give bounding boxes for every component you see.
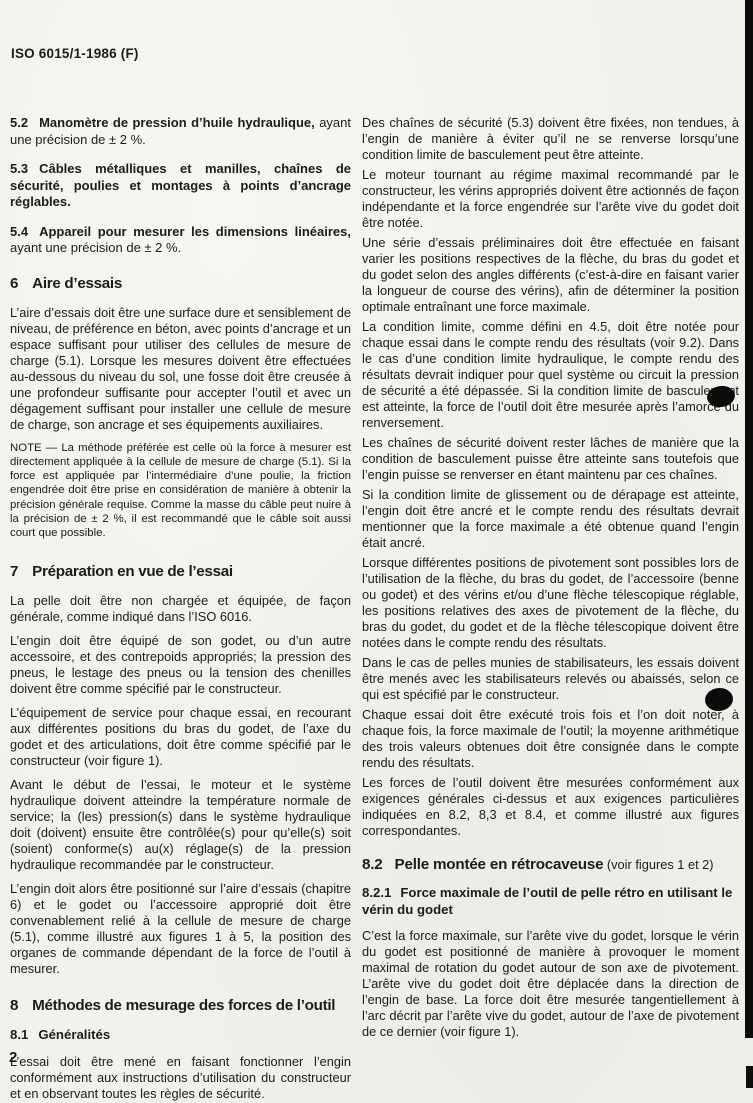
paragraph: La condition limite, comme défini en 4.5…: [362, 319, 739, 431]
right-column: Des chaînes de sécurité (5.3) doivent êt…: [362, 115, 739, 1103]
clause-5-2: 5.2Manomètre de pression d’huile hydraul…: [10, 115, 351, 148]
paragraph: Les forces de l’outil doivent être mesur…: [362, 775, 739, 839]
two-column-body: 5.2Manomètre de pression d’huile hydraul…: [10, 115, 739, 1103]
clause-number: 5.4: [10, 224, 28, 239]
section-title: Méthodes de mesurage des forces de l’out…: [32, 997, 335, 1014]
scan-edge-bar-artifact: [745, 0, 753, 1038]
section-title: Généralités: [38, 1027, 110, 1042]
section-number: 6: [10, 275, 18, 292]
paragraph: L’équipement de service pour chaque essa…: [10, 705, 351, 769]
section-number: 8.1: [10, 1027, 28, 1042]
paragraph: Avant le début de l’essai, le moteur et …: [10, 777, 351, 873]
section-8-1-heading: 8.1Généralités: [10, 1027, 351, 1042]
section-number: 8.2.1: [362, 885, 391, 900]
paragraph: Le moteur tournant au régime maximal rec…: [362, 167, 739, 231]
clause-rest-text: ayant une précision de ± 2 %.: [10, 240, 181, 255]
section-title: Force maximale de l’outil de pelle rétro…: [362, 885, 732, 917]
page-number: 2: [9, 1049, 17, 1066]
paragraph: Des chaînes de sécurité (5.3) doivent êt…: [362, 115, 739, 163]
paragraph: Lorsque différentes positions de pivotem…: [362, 555, 739, 651]
left-column: 5.2Manomètre de pression d’huile hydraul…: [10, 115, 351, 1103]
paragraph: C’est la force maximale, sur l’arête viv…: [362, 928, 739, 1040]
clause-bold-text: Manomètre de pression d’huile hydrauliqu…: [39, 115, 315, 130]
section-8-2-heading: 8.2Pelle montée en rétrocaveuse (voir fi…: [362, 856, 739, 873]
paragraph: L’engin doit alors être positionné sur l…: [10, 881, 351, 977]
clause-bold-text: Appareil pour mesurer les dimensions lin…: [39, 224, 351, 239]
section-title: Préparation en vue de l’essai: [32, 563, 233, 580]
section-number: 8: [10, 997, 18, 1014]
paragraph: Une série d’essais préliminaires doit êt…: [362, 235, 739, 315]
paragraph: La pelle doit être non chargée et équipé…: [10, 593, 351, 625]
clause-number: 5.2: [10, 115, 28, 130]
paragraph: Chaque essai doit être exécuté trois foi…: [362, 707, 739, 771]
paragraph: Si la condition limite de glissement ou …: [362, 487, 739, 551]
document-reference-header: ISO 6015/1-1986 (F): [11, 46, 139, 61]
paragraph: Les chaînes de sécurité doivent rester l…: [362, 435, 739, 483]
paragraph: Dans le cas de pelles munies de stabilis…: [362, 655, 739, 703]
section-7-heading: 7Préparation en vue de l’essai: [10, 563, 351, 580]
section-title-suffix: (voir figures 1 et 2): [603, 857, 713, 872]
section-8-heading: 8Méthodes de mesurage des forces de l’ou…: [10, 997, 351, 1014]
section-number: 8.2: [362, 856, 383, 873]
section-title: Pelle montée en rétrocaveuse: [395, 856, 604, 873]
paragraph: L’engin doit être équipé de son godet, o…: [10, 633, 351, 697]
clause-5-4: 5.4Appareil pour mesurer les dimensions …: [10, 224, 351, 257]
scan-edge-bar-fragment-artifact: [746, 1066, 753, 1088]
section-8-2-1-heading: 8.2.1Force maximale de l’outil de pelle …: [362, 885, 739, 918]
section-title: Aire d’essais: [32, 275, 122, 292]
section-6-heading: 6Aire d’essais: [10, 275, 351, 292]
note-paragraph: NOTE — La méthode préférée est celle où …: [10, 441, 351, 541]
paragraph: L’aire d’essais doit être une surface du…: [10, 305, 351, 433]
clause-5-3: 5.3Câbles métalliques et manilles, chaîn…: [10, 161, 351, 211]
section-number: 7: [10, 563, 18, 580]
clause-bold-text: Câbles métalliques et manilles, chaînes …: [10, 161, 351, 209]
paragraph: L’essai doit être mené en faisant foncti…: [10, 1054, 351, 1102]
clause-number: 5.3: [10, 161, 28, 176]
